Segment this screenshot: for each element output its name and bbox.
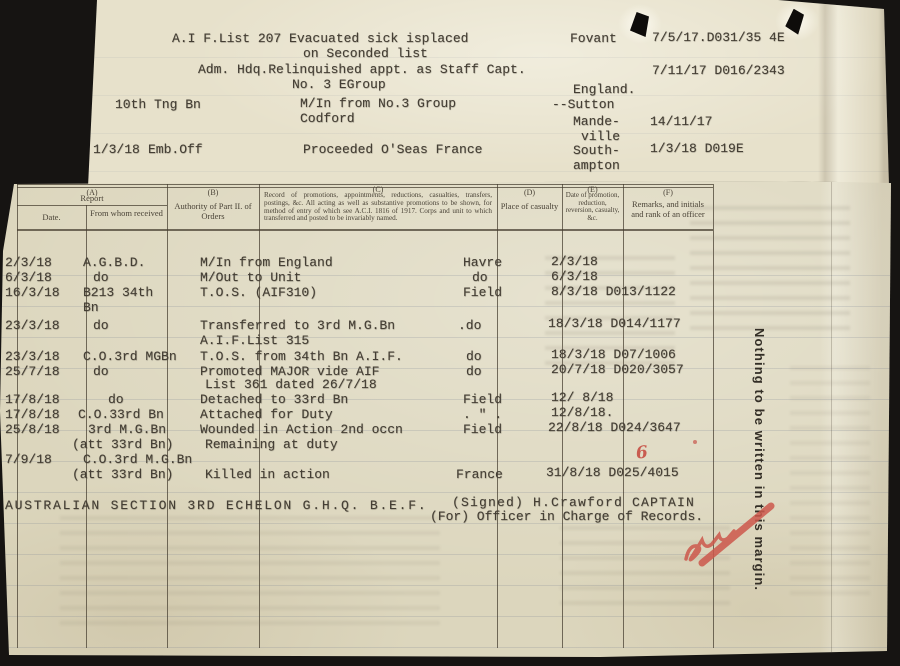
typed-line: 2/3/18 [551,254,598,269]
col-a-title: Report [17,194,167,204]
typed-line: France [456,467,503,482]
col-f-letter: (F) [623,188,713,197]
typed-line: 1/3/18 D019E [650,141,744,156]
red-signature-icon [678,493,788,573]
typed-line: C.O.3rd MGBn [83,349,177,364]
typed-line: Field [463,392,502,407]
col-a-date: Date. [17,213,86,223]
typed-line: .do [458,318,481,333]
red-correction-digit: 6 [635,442,649,463]
col-e-text: Date of promotion, reduction, reversion,… [564,192,621,222]
typed-line: do [466,349,482,364]
typed-line: Emb.Off [148,142,203,157]
typed-line: B213 34th [83,285,153,300]
typed-line: Mande- [573,114,620,129]
typed-line: Field [463,422,502,437]
typed-line: 7/5/17.D031/35 4E [652,30,785,45]
typed-line: ville [581,129,620,144]
typed-line: 25/7/18 [5,364,60,379]
typed-line: 12/ 8/18 [551,390,613,405]
col-b-letter: (B) [167,188,259,197]
typed-line: A.I F.List 207 Evacuated sick isplaced [172,31,468,46]
report-divider [17,205,167,206]
typed-line: 23/3/18 [5,318,60,333]
typed-line: 6/3/18 [551,269,598,284]
col-a-from: From whom received [88,209,165,219]
typed-line: T.O.S. (AIF310) [200,285,317,300]
typed-line: 17/8/18 [5,392,60,407]
typed-line: 10th Tng Bn [115,97,201,112]
typed-line: 1/3/18 [93,142,140,157]
typed-line: Detached to 33rd Bn [200,392,348,407]
typed-line: 7/11/17 D016/2343 [652,63,785,78]
typed-line: Adm. Hdq.Relinquished appt. as Staff Cap… [198,62,526,77]
scanned-casualty-form: (A) Report Date. From whom received (B) … [0,0,900,666]
typed-line: do [466,364,482,379]
typed-line: T.O.S. from 34th Bn A.I.F. [200,349,403,364]
typed-line: (att 33rd Bn) [72,437,173,452]
typed-line: 25/8/18 [5,422,60,437]
typed-line: Field [463,285,502,300]
typed-line: Fovant [570,31,617,46]
bleedthrough-smudge [60,511,440,631]
typed-line: No. 3 EGroup [292,77,386,92]
typed-line: 23/3/18 [5,349,60,364]
col-b-text: Authority of Part II. of Orders [172,202,254,221]
typed-line: do [472,270,488,285]
typed-line: Codford [300,111,355,126]
typed-line: (For) Officer in Charge of Records. [430,509,703,524]
typed-line: 3rd M.G.Bn [88,422,166,437]
bleedthrough-smudge [790,361,870,601]
typed-line: M/In from No.3 Group [300,96,456,111]
typed-line: England. [573,82,635,97]
typed-line: 7/9/18 [5,452,52,467]
typed-line: ampton [573,158,620,173]
typed-line: List 361 dated 26/7/18 [205,377,377,392]
typed-line: M/In from England [200,255,333,270]
typed-line: Bn [83,300,99,315]
typed-line: South- [573,143,620,158]
typed-line: 22/8/18 D024/3647 [548,420,681,435]
typed-line: Proceeded O'Seas France [303,142,482,157]
header-bottom-line [17,229,713,231]
typed-line: do [93,270,109,285]
typed-line: --Sutton [552,97,614,112]
typed-line: 8/3/18 D013/1122 [551,284,676,299]
typed-line: Havre [463,255,502,270]
typed-line: 6/3/18 [5,270,52,285]
col-c-text: Record of promotions, appointments, redu… [264,192,492,223]
typed-line: A.G.B.D. [83,255,145,270]
typed-line: 12/8/18. [551,405,613,420]
col-d-text: Place of casualty [500,202,559,212]
typed-line: AUSTRALIAN SECTION 3RD ECHELON G.H.Q. B.… [5,498,427,513]
typed-line: on Seconded list [303,46,428,61]
typed-line: C.O.3rd M.G.Bn [83,452,192,467]
typed-line: C.O.33rd Bn [78,407,164,422]
top-slip [0,0,900,187]
typed-line: 17/8/18 [5,407,60,422]
col-d-letter: (D) [497,188,562,197]
typed-line: M/Out to Unit [200,270,301,285]
typed-line: 31/8/18 D025/4015 [546,465,679,480]
typed-line: Transferred to 3rd M.G.Bn [200,318,395,333]
typed-line: Wounded in Action 2nd occn [200,422,403,437]
typed-line: (Signed) H.Crawford CAPTAIN [452,495,695,510]
typed-line: 16/3/18 [5,285,60,300]
typed-line: . " . [463,407,502,422]
typed-line: 18/3/18 D014/1177 [548,316,681,331]
typed-line: do [93,318,109,333]
typed-line: 14/11/17 [650,114,712,129]
typed-line: A.I.F.List 315 [200,333,309,348]
typed-line: 20/7/18 D020/3057 [551,362,684,377]
red-dot-mark [693,440,697,444]
typed-line: (att 33rd Bn) [72,467,173,482]
typed-line: do [108,392,124,407]
typed-line: Attached for Duty [200,407,333,422]
bleedthrough-smudge [690,201,850,331]
typed-line: Remaining at duty [205,437,338,452]
typed-line: do [93,364,109,379]
typed-line: 18/3/18 D07/1006 [551,347,676,362]
typed-line: Killed in action [205,467,330,482]
typed-line: 2/3/18 [5,255,52,270]
